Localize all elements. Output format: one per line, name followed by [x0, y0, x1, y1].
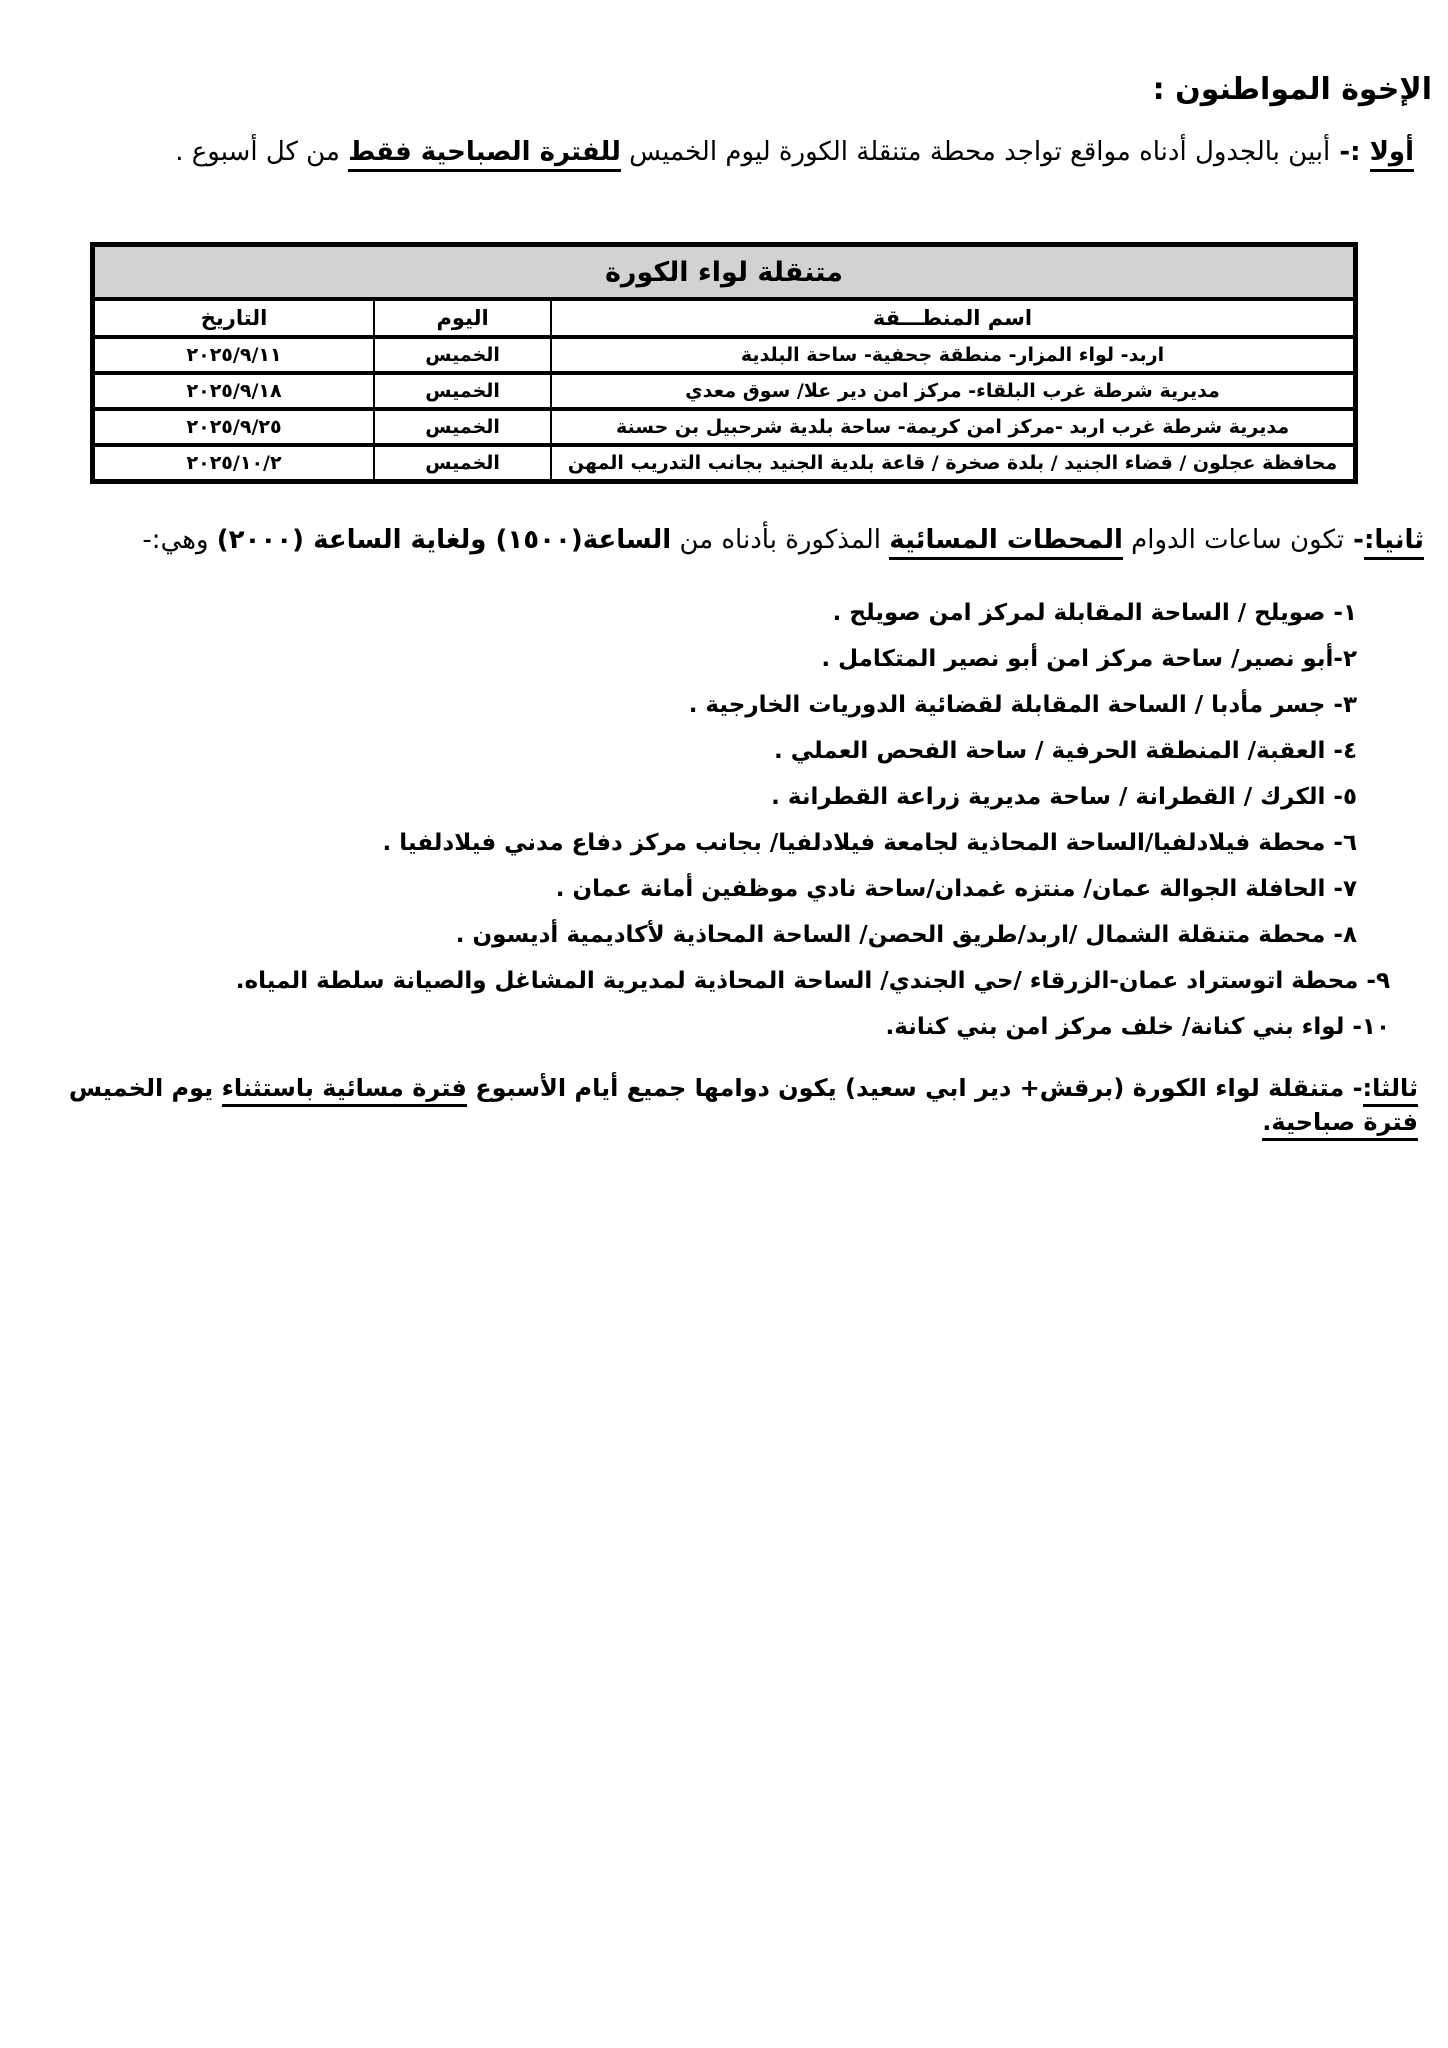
section-second-emphasis-1: المحطات المسائية: [889, 525, 1123, 560]
list-item: ٤- العقبة/ المنطقة الحرفية / ساحة الفحص …: [30, 736, 1390, 766]
table-header-row: اسم المنطـــقة اليوم التاريخ: [93, 299, 1356, 337]
cell-day: الخميس: [374, 445, 551, 482]
list-item: ٦- محطة فيلادلفيا/الساحة المحاذية لجامعة…: [30, 828, 1390, 858]
section-third-text-2: يوم الخميس: [69, 1074, 222, 1102]
section-third-emphasis-1: فترة مسائية باستثناء: [222, 1074, 467, 1107]
section-first-text: أبين بالجدول أدناه مواقع تواجد محطة متنق…: [621, 137, 1330, 167]
section-third-label: ثالثا:: [1363, 1074, 1418, 1107]
col-header-day: اليوم: [374, 299, 551, 337]
schedule-table: متنقلة لواء الكورة اسم المنطـــقة اليوم …: [90, 242, 1358, 484]
cell-area: مديرية شرطة غرب البلقاء- مركز امن دير عل…: [551, 373, 1355, 409]
cell-date: ٢٠٢٥/٩/١١: [93, 337, 375, 373]
list-item: ٣- جسر مأدبا / الساحة المقابلة لقضائية ا…: [30, 690, 1390, 720]
section-second-emphasis-2: الساعة(١٥٠٠) ولغاية الساعة (٢٠٠٠): [217, 525, 671, 555]
section-second-paragraph: ثانيا:- تكون ساعات الدوام المحطات المسائ…: [20, 522, 1424, 558]
table-title-row: متنقلة لواء الكورة: [93, 245, 1356, 300]
cell-date: ٢٠٢٥/٩/١٨: [93, 373, 375, 409]
section-first-label: أولا: [1370, 137, 1414, 172]
evening-stations-list: ١- صويلح / الساحة المقابلة لمركز امن صوي…: [30, 598, 1390, 1058]
cell-day: الخميس: [374, 337, 551, 373]
cell-area: محافظة عجلون / قضاء الجنيد / بلدة صخرة /…: [551, 445, 1355, 482]
section-third-text-1: متنقلة لواء الكورة (برقش+ دير ابي سعيد) …: [467, 1074, 1344, 1102]
list-item: ٢-أبو نصير/ ساحة مركز امن أبو نصير المتك…: [30, 644, 1390, 674]
schedule-table-container: متنقلة لواء الكورة اسم المنطـــقة اليوم …: [90, 242, 1358, 484]
table-row: اربد- لواء المزار- منطقة جحفية- ساحة الب…: [93, 337, 1356, 373]
cell-area: مديرية شرطة غرب اربد -مركز امن كريمة- سا…: [551, 409, 1355, 445]
list-item: ١- صويلح / الساحة المقابلة لمركز امن صوي…: [30, 598, 1390, 628]
col-header-date: التاريخ: [93, 299, 375, 337]
section-third-emphasis-2: فترة صباحية.: [1262, 1108, 1418, 1141]
document-page: الإخوة المواطنون : أولا :- أبين بالجدول …: [0, 0, 1448, 2048]
table-title: متنقلة لواء الكورة: [93, 245, 1356, 300]
list-item: ٥- الكرك / القطرانة / ساحة مديرية زراعة …: [30, 782, 1390, 812]
cell-day: الخميس: [374, 409, 551, 445]
section-first-text-end: من كل أسبوع .: [175, 137, 348, 167]
section-second-text-1: تكون ساعات الدوام: [1123, 525, 1344, 555]
section-third-separator: -: [1344, 1074, 1362, 1102]
table-row: مديرية شرطة غرب اربد -مركز امن كريمة- سا…: [93, 409, 1356, 445]
list-item: ١٠- لواء بني كنانة/ خلف مركز امن بني كنا…: [30, 1012, 1390, 1042]
section-second-label: ثانيا:: [1364, 525, 1424, 560]
list-item: ٩- محطة اتوستراد عمان-الزرقاء /حي الجندي…: [30, 966, 1390, 996]
cell-area: اربد- لواء المزار- منطقة جحفية- ساحة الب…: [551, 337, 1355, 373]
cell-date: ٢٠٢٥/٩/٢٥: [93, 409, 375, 445]
section-first-paragraph: أولا :- أبين بالجدول أدناه مواقع تواجد م…: [20, 134, 1414, 170]
section-first-emphasis: للفترة الصباحية فقط: [348, 137, 621, 172]
section-second-text-3: وهي:-: [142, 525, 216, 555]
cell-date: ٢٠٢٥/١٠/٢: [93, 445, 375, 482]
page-title: الإخوة المواطنون :: [1153, 72, 1432, 107]
section-first-separator: :-: [1330, 137, 1369, 167]
col-header-area: اسم المنطـــقة: [551, 299, 1355, 337]
list-item: ٧- الحافلة الجوالة عمان/ منتزه غمدان/ساح…: [30, 874, 1390, 904]
section-second-text-2: المذكورة بأدناه من: [671, 525, 889, 555]
table-row: محافظة عجلون / قضاء الجنيد / بلدة صخرة /…: [93, 445, 1356, 482]
section-second-separator: -: [1344, 525, 1364, 555]
list-item: ٨- محطة متنقلة الشمال /اربد/طريق الحصن/ …: [30, 920, 1390, 950]
table-row: مديرية شرطة غرب البلقاء- مركز امن دير عل…: [93, 373, 1356, 409]
section-third-paragraph: ثالثا:- متنقلة لواء الكورة (برقش+ دير اب…: [8, 1072, 1418, 1139]
cell-day: الخميس: [374, 373, 551, 409]
